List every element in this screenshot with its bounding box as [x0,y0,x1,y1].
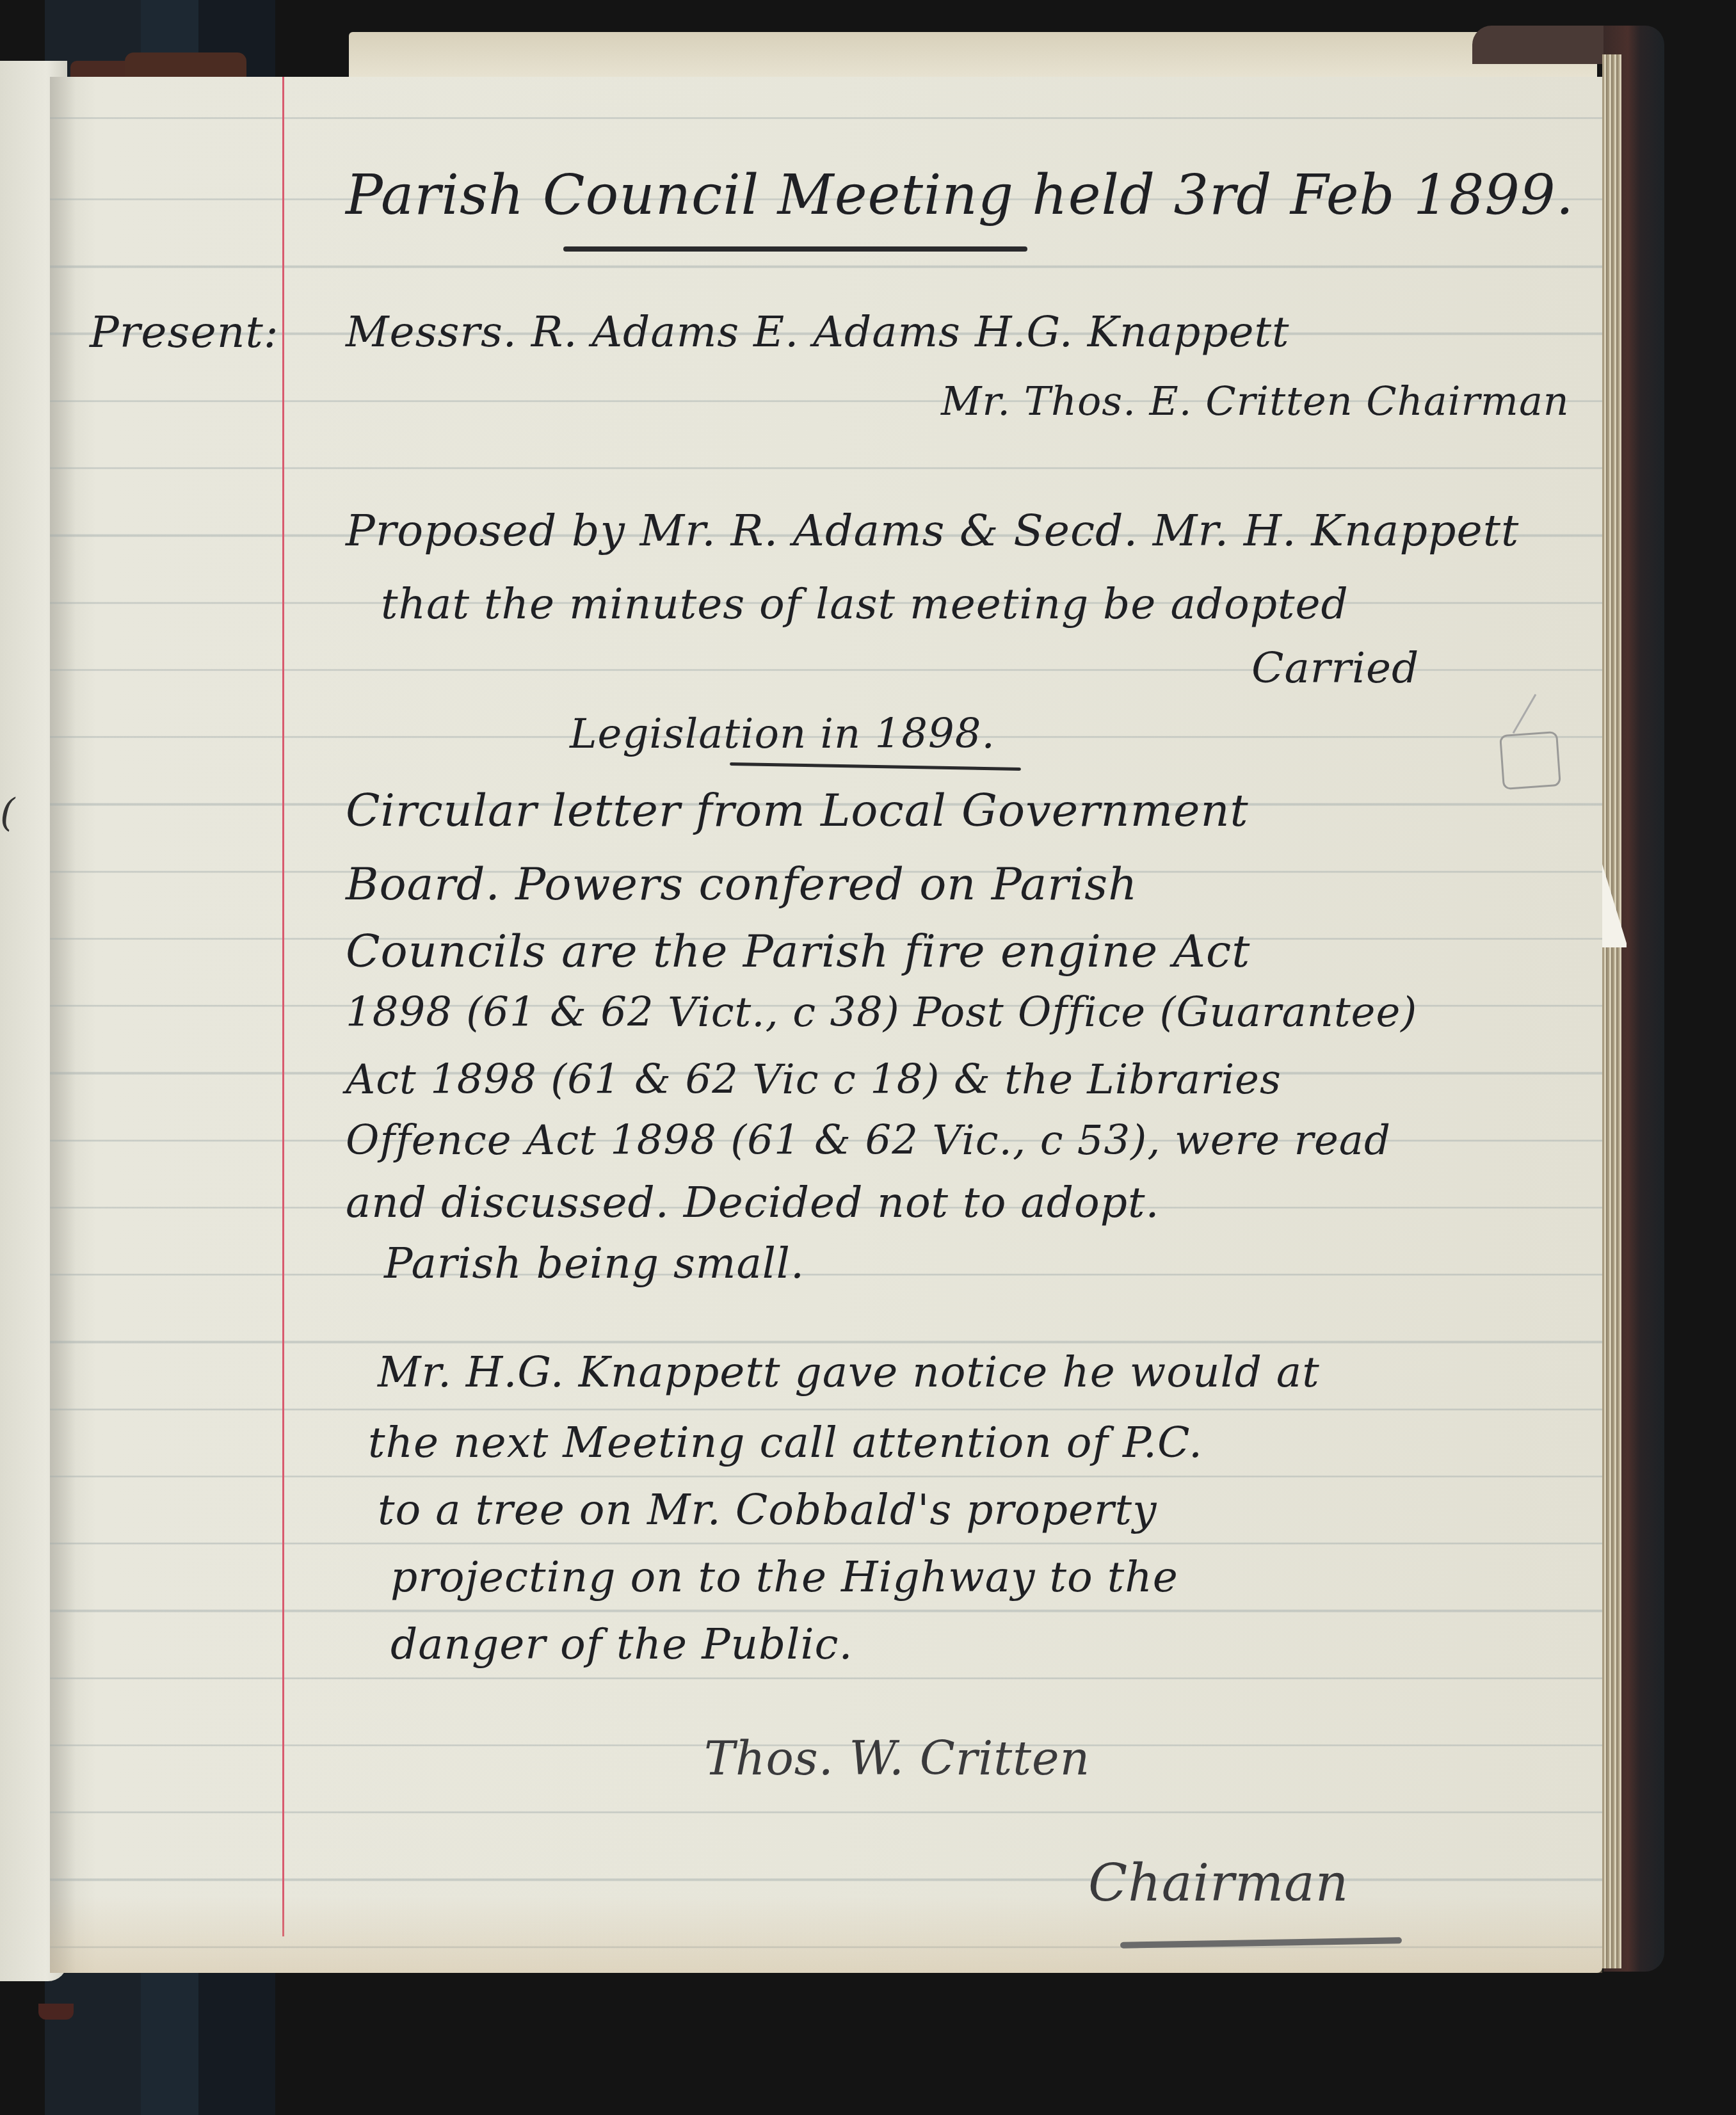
loose-insert-top [349,32,1597,80]
proposal-line-1: Proposed by Mr. R. Adams & Secd. Mr. H. … [346,506,1519,556]
legislation-line: Board. Powers confered on Parish [346,858,1137,910]
signature-title: Chairman [1088,1853,1349,1913]
page-title: Parish Council Meeting held 3rd Feb 1899… [346,163,1574,227]
legislation-line: 1898 (61 & 62 Vict., c 38) Post Office (… [346,989,1417,1036]
present-label: Present: [90,307,279,358]
notice-line: the next Meeting call attention of P.C. [368,1418,1203,1467]
notice-line: danger of the Public. [390,1620,853,1669]
pencil-box-mark [1499,731,1561,790]
signature-name: Thos. W. Critten [704,1732,1090,1785]
red-margin-rule [282,77,284,1936]
legislation-line: Circular letter from Local Government [346,784,1249,837]
leather-binding-fragment [38,2004,74,2020]
legislation-heading: Legislation in 1898. [570,711,995,758]
left-page-fragment: ( [0,791,15,835]
proposal-line-2: that the minutes of last meeting be adop… [381,579,1349,629]
page-edges [1602,54,1621,1968]
proposal-result: Carried [1251,643,1419,693]
foxing-stain [50,1896,1602,1973]
legislation-line: Act 1898 (61 & 62 Vic c 18) & the Librar… [346,1056,1282,1104]
notice-line: Mr. H.G. Knappett gave notice he would a… [378,1347,1320,1397]
notice-line: projecting on to the Highway to the [390,1552,1178,1602]
legislation-line: Offence Act 1898 (61 & 62 Vic., c 53), w… [346,1117,1391,1164]
attendees-line-1: Messrs. R. Adams E. Adams H.G. Knappett [346,307,1290,357]
notice-line: to a tree on Mr. Cobbald's property [378,1485,1157,1534]
attendees-line-2: Mr. Thos. E. Critten Chairman [941,378,1570,424]
legislation-line: Councils are the Parish fire engine Act [346,925,1250,977]
legislation-line: and discussed. Decided not to adopt. [346,1178,1159,1227]
leather-binding-fragment [125,52,246,77]
title-underline [563,246,1027,252]
legislation-line: Parish being small. [384,1239,805,1288]
